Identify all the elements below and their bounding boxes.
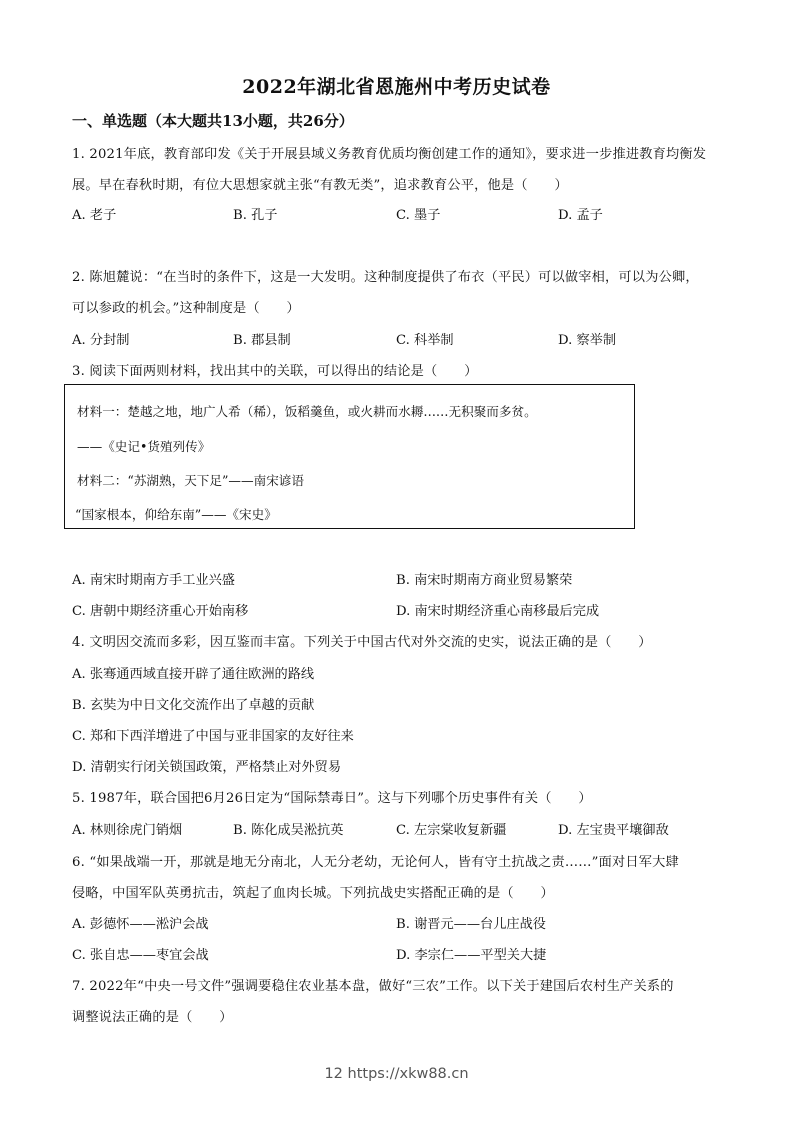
question-6-option-a[interactable]: A. 彭德怀——淞沪会战 <box>72 913 209 932</box>
question-1-option-b[interactable]: B. 孔子 <box>233 204 277 223</box>
question-5-option-b[interactable]: B. 陈化成吴淞抗英 <box>233 819 343 838</box>
question-5-option-c[interactable]: C. 左宗棠收复新疆 <box>396 819 506 838</box>
question-2-option-a[interactable]: A. 分封制 <box>72 329 129 348</box>
question-7-stem-line-1: 7. 2022年“中央一号文件”强调要稳住农业基本盘，做好“三农”工作。以下关于… <box>72 975 674 994</box>
question-1-stem-line-2: 展。早在春秋时期，有位大思想家就主张“有教无类”，追求教育公平，他是（ ） <box>72 174 568 193</box>
question-3-option-c[interactable]: C. 唐朝中期经济重心开始南移 <box>72 600 248 619</box>
question-3-option-b[interactable]: B. 南宋时期南方商业贸易繁荣 <box>396 569 572 588</box>
material-1-source: ——《史记•货殖列传》 <box>77 436 210 455</box>
question-1-option-a[interactable]: A. 老子 <box>72 204 116 223</box>
material-box: 材料一：楚越之地，地广人希（稀），饭稻羹鱼，或火耕而水耨……无积聚而多贫。 ——… <box>64 384 635 529</box>
question-1-option-c[interactable]: C. 墨子 <box>396 204 440 223</box>
question-6-stem-line-2: 侵略，中国军队英勇抗击，筑起了血肉长城。下列抗战史实搭配正确的是（ ） <box>72 882 554 901</box>
question-4-option-a[interactable]: A. 张骞通西域直接开辟了通往欧洲的路线 <box>72 663 314 682</box>
section-heading: 一、单选题（本大题共13小题，共26分） <box>72 110 354 131</box>
question-4-option-d[interactable]: D. 清朝实行闭关锁国政策，严格禁止对外贸易 <box>72 756 341 775</box>
page-footer: 12 https://xkw88.cn <box>0 1066 793 1082</box>
question-4-option-b[interactable]: B. 玄奘为中日文化交流作出了卓越的贡献 <box>72 694 314 713</box>
question-4-stem: 4. 文明因交流而多彩，因互鉴而丰富。下列关于中国古代对外交流的史实，说法正确的… <box>72 631 652 650</box>
question-6-option-c[interactable]: C. 张自忠——枣宜会战 <box>72 944 209 963</box>
question-2-option-d[interactable]: D. 察举制 <box>558 329 616 348</box>
question-1-option-d[interactable]: D. 孟子 <box>558 204 603 223</box>
material-2-quote: “国家根本，仰给东南”——《宋史》 <box>75 504 277 523</box>
question-6-option-d[interactable]: D. 李宗仁——平型关大捷 <box>396 944 546 963</box>
question-6-stem-line-1: 6. “如果战端一开，那就是地无分南北，人无分老幼，无论何人，皆有守土抗战之责…… <box>72 851 679 870</box>
question-3-option-d[interactable]: D. 南宋时期经济重心南移最后完成 <box>396 600 599 619</box>
question-3-stem: 3. 阅读下面两则材料，找出其中的关联，可以得出的结论是（ ） <box>72 360 478 379</box>
question-4-option-c[interactable]: C. 郑和下西洋增进了中国与亚非国家的友好往来 <box>72 725 354 744</box>
question-2-option-c[interactable]: C. 科举制 <box>396 329 454 348</box>
question-2-option-b[interactable]: B. 郡县制 <box>233 329 291 348</box>
question-7-stem-line-2: 调整说法正确的是（ ） <box>72 1006 233 1025</box>
document-title: 2022年湖北省恩施州中考历史试卷 <box>0 72 793 99</box>
question-5-option-a[interactable]: A. 林则徐虎门销烟 <box>72 819 182 838</box>
question-5-stem: 5. 1987年，联合国把6月26日定为“国际禁毒日”。这与下列哪个历史事件有关… <box>72 787 592 806</box>
question-2-stem-line-1: 2. 陈旭麓说：“在当时的条件下，这是一大发明。这种制度提供了布衣（平民）可以做… <box>72 266 699 285</box>
exam-page: 2022年湖北省恩施州中考历史试卷 一、单选题（本大题共13小题，共26分） 1… <box>0 0 793 1122</box>
material-2-text: 材料二：“苏湖熟，天下足”——南宋谚语 <box>77 470 304 489</box>
question-2-stem-line-2: 可以参政的机会。”这种制度是（ ） <box>72 297 300 316</box>
question-6-option-b[interactable]: B. 谢晋元——台儿庄战役 <box>396 913 546 932</box>
question-1-stem-line-1: 1. 2021年底，教育部印发《关于开展县域义务教育优质均衡创建工作的通知》，要… <box>72 143 706 162</box>
material-1-text: 材料一：楚越之地，地广人希（稀），饭稻羹鱼，或火耕而水耨……无积聚而多贫。 <box>77 401 537 420</box>
question-3-option-a[interactable]: A. 南宋时期南方手工业兴盛 <box>72 569 235 588</box>
question-5-option-d[interactable]: D. 左宝贵平壤御敌 <box>558 819 669 838</box>
